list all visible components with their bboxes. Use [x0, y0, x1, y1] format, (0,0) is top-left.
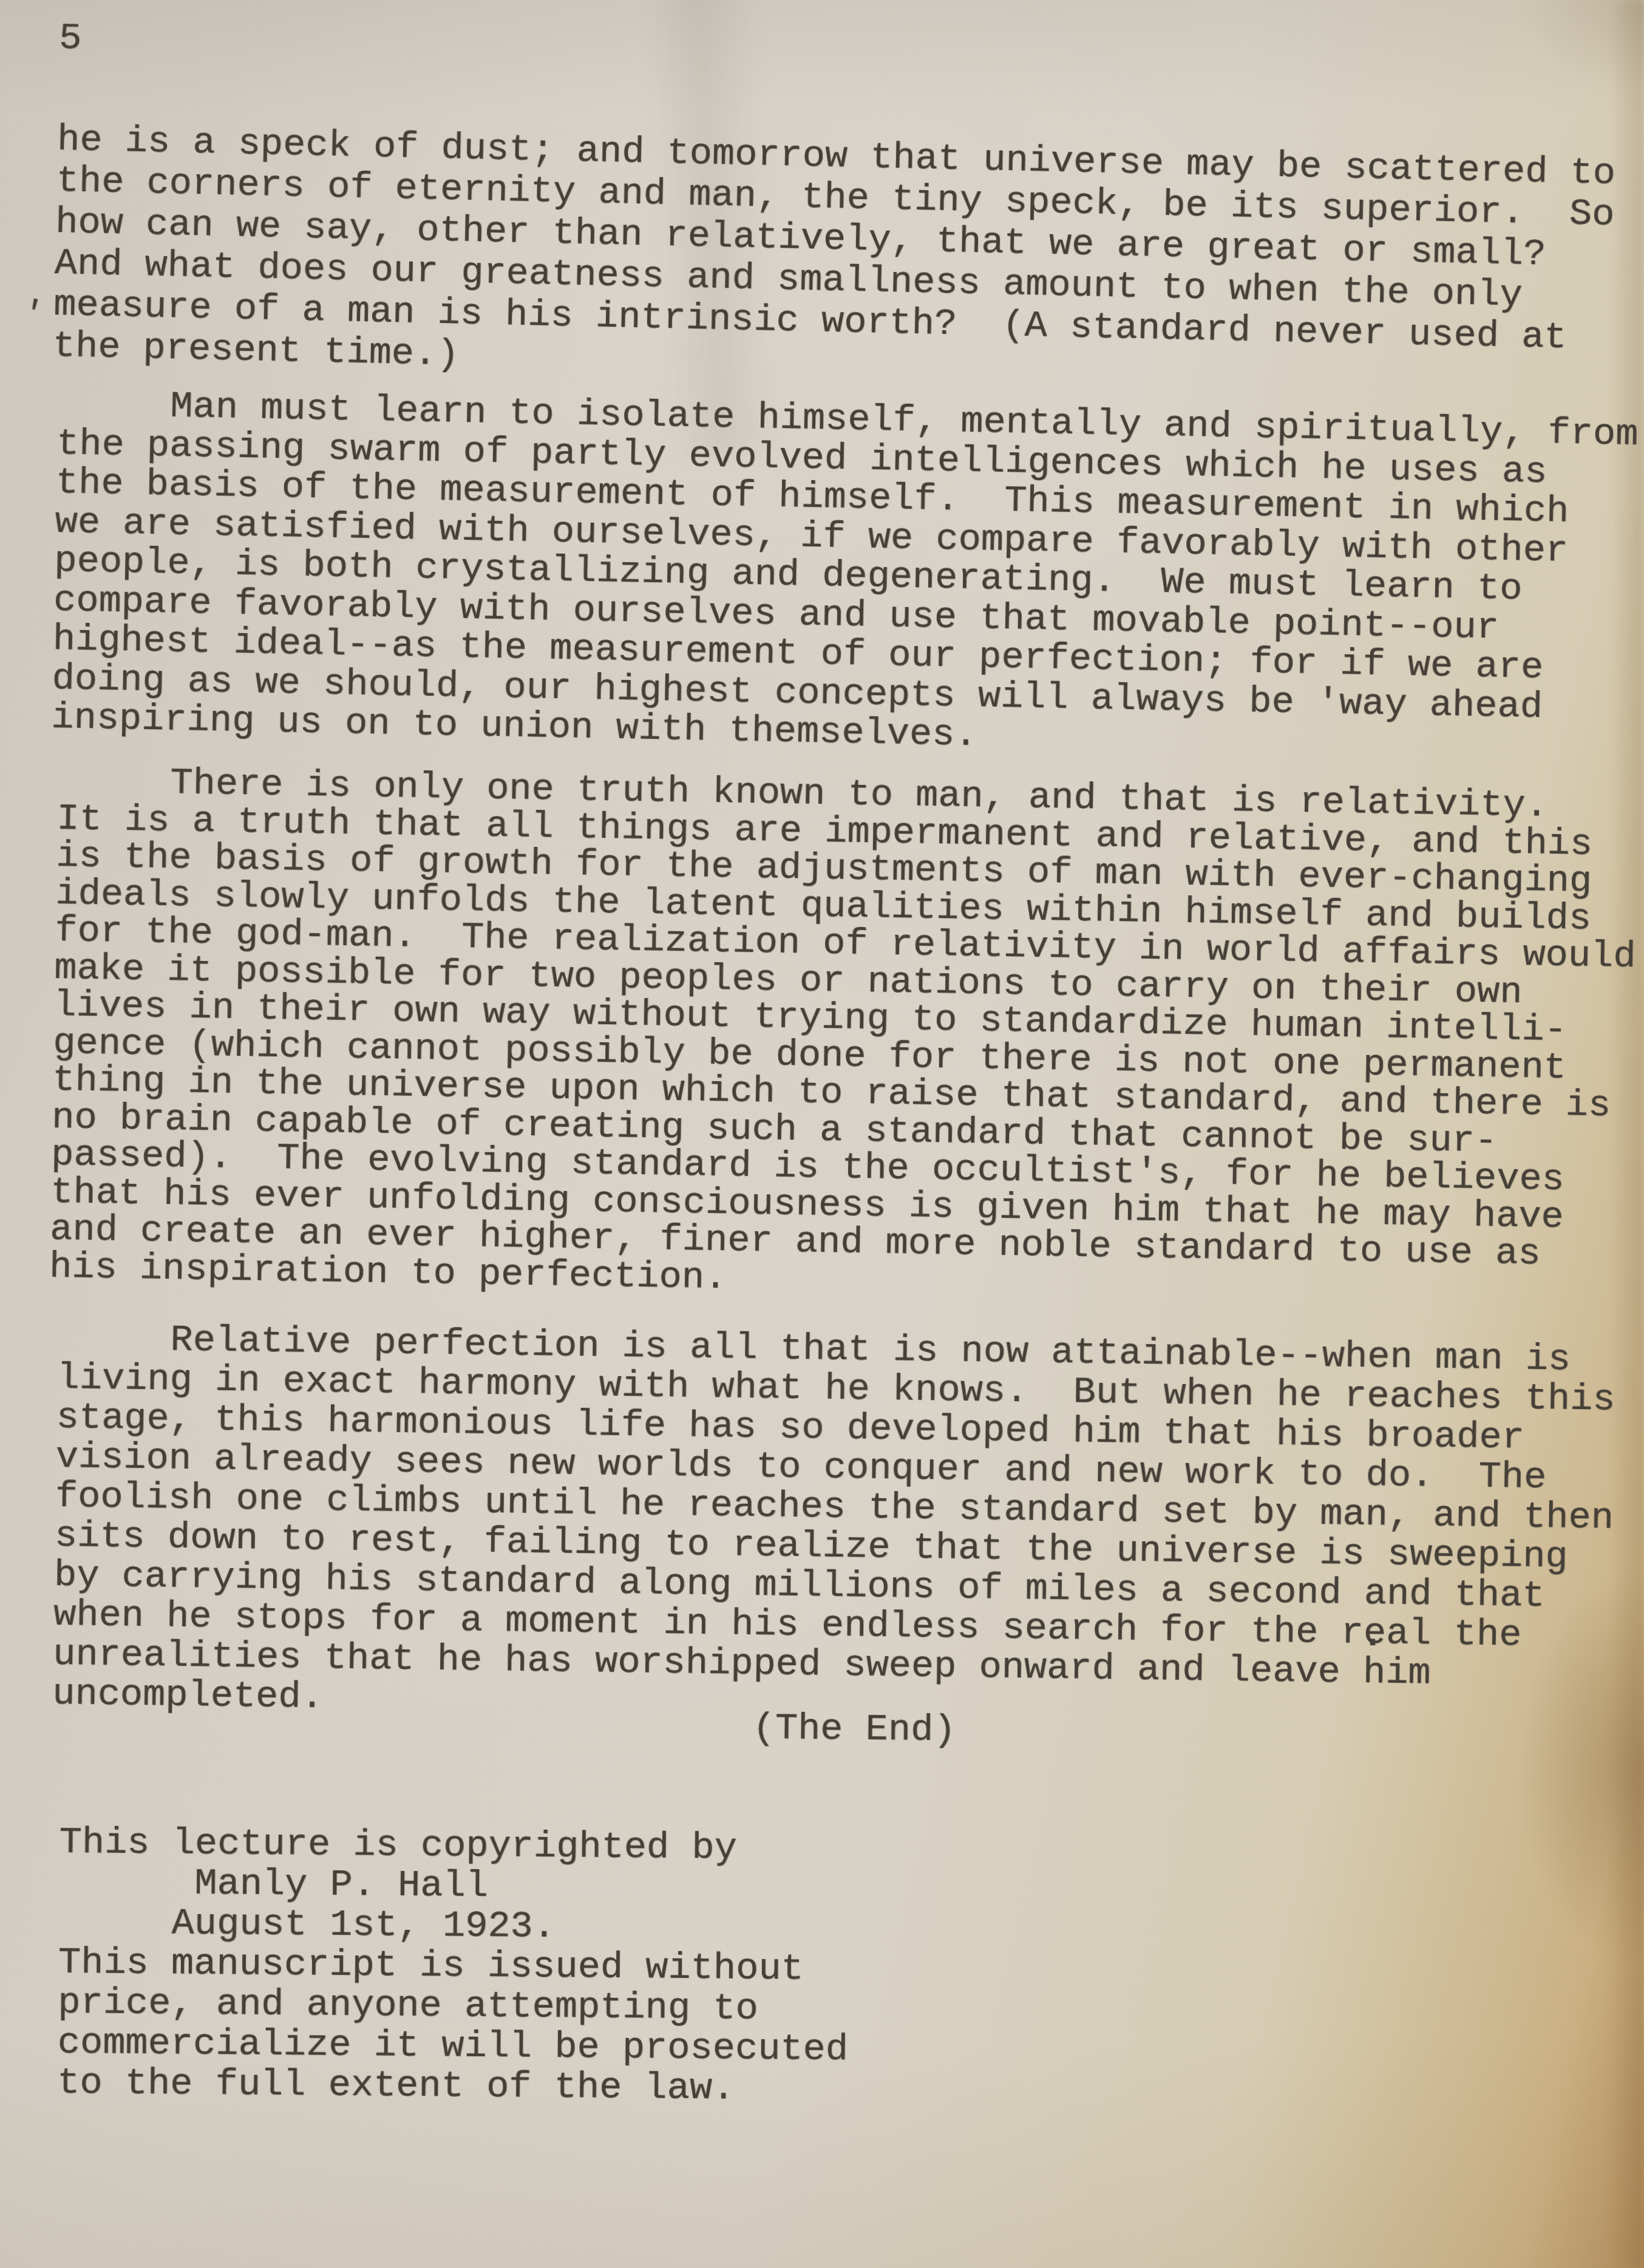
page-number: 5 — [59, 18, 83, 58]
paragraph-2: Man must learn to isolate himself, menta… — [51, 385, 1639, 767]
manuscript-page: 5 he is a speck of dust; and tomorrow th… — [0, 0, 1644, 2268]
paragraph-4: Relative perfection is all that is now a… — [52, 1319, 1616, 1735]
paragraph-3: There is only one truth known to man, an… — [49, 762, 1639, 1311]
the-end-label: (The End) — [752, 1708, 956, 1750]
stray-ink-mark: ' — [18, 293, 46, 336]
copyright-colophon: This lecture is copyrighted by Manly P. … — [57, 1822, 850, 2110]
stray-dot-mark: . — [1360, 1615, 1385, 1654]
paragraph-1: he is a speck of dust; and tomorrow that… — [52, 119, 1616, 401]
